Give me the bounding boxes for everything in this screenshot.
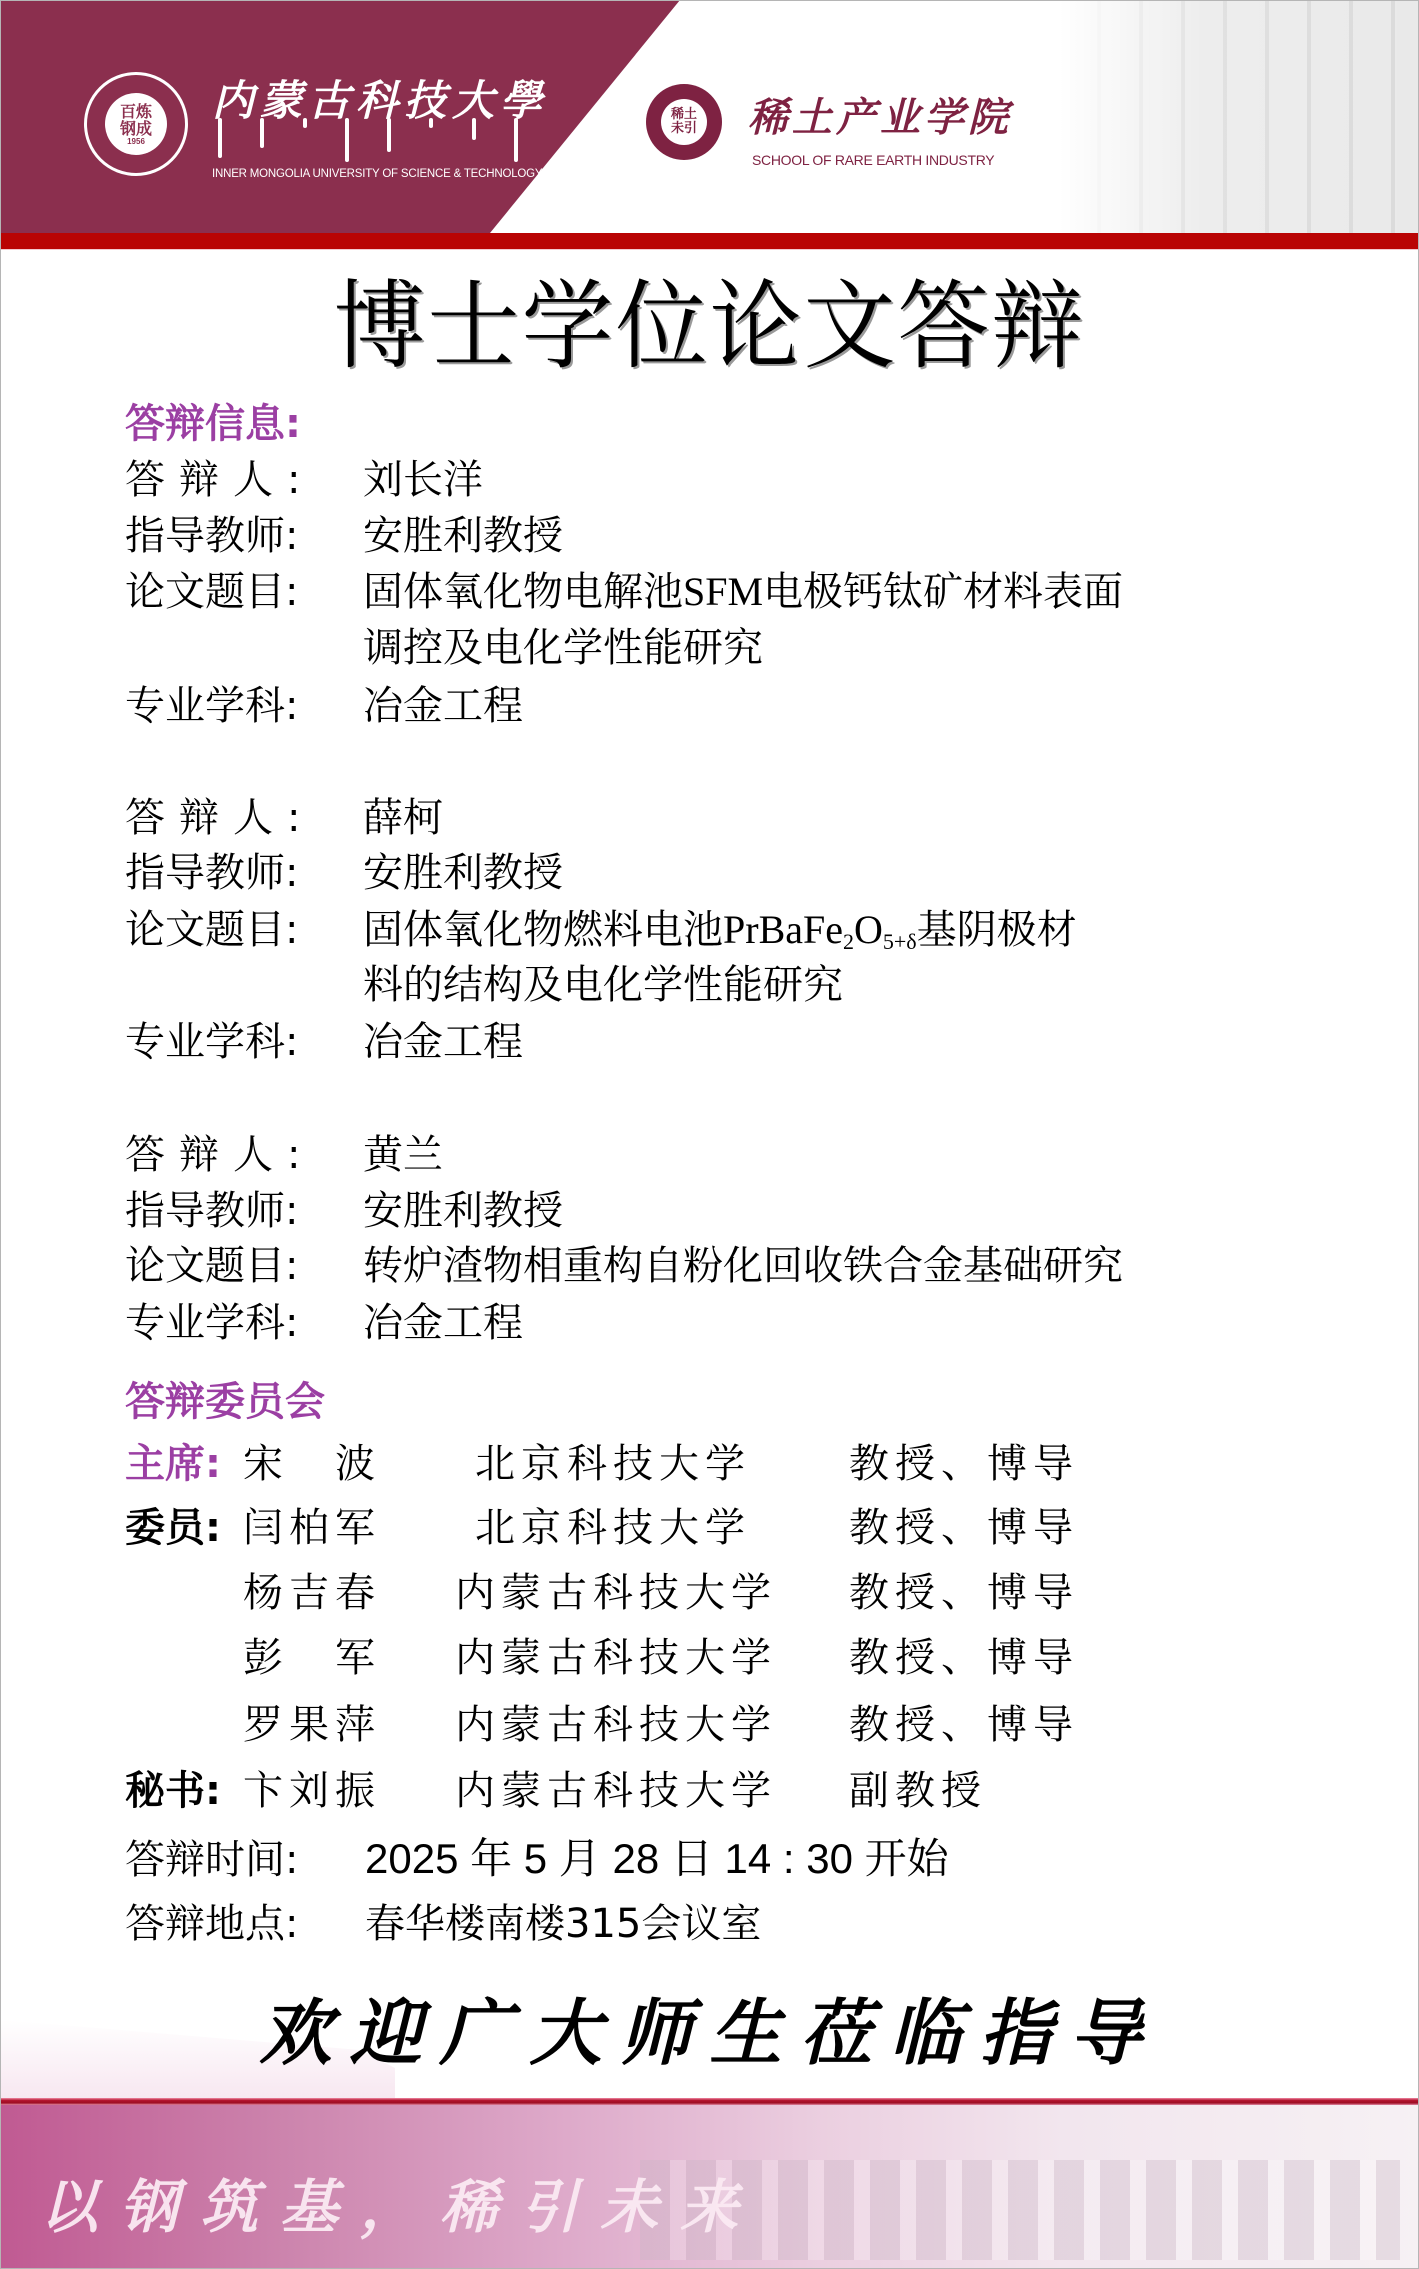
candidate-2-name-line: 答辩人:薛柯	[125, 793, 443, 843]
candidate-3-name-line: 答辩人:黄兰	[125, 1130, 443, 1180]
school-slogan: 以钢筑基，稀引未来	[40, 2172, 760, 2242]
member-name: 闫柏军	[243, 1502, 455, 1554]
member-org: 北京科技大学	[455, 1438, 849, 1490]
candidate-label: 答辩人:	[125, 455, 363, 505]
place-value: 春华楼南楼315会议室	[365, 1901, 761, 1947]
member-name: 卞刘振	[243, 1765, 455, 1817]
thesis-label: 论文题目:	[125, 1241, 363, 1291]
member-name: 宋 波	[243, 1438, 455, 1490]
candidate-1-major-line: 专业学科:冶金工程	[125, 681, 523, 731]
major-label: 专业学科:	[125, 1298, 363, 1348]
major-value: 冶金工程	[363, 1298, 523, 1348]
candidate-2-thesis-line: 论文题目:固体氧化物燃料电池PrBaFe2O5+δ基阴极材	[125, 905, 1077, 967]
member-title: 副教授	[849, 1765, 987, 1817]
candidate-name: 薛柯	[363, 793, 443, 843]
committee-row-secretary: 秘书:卞刘振内蒙古科技大学副教授	[125, 1765, 987, 1817]
major-value: 冶金工程	[363, 681, 523, 731]
committee-role: 主席:	[125, 1438, 243, 1490]
footer-divider-stripe	[0, 2098, 1419, 2105]
member-title: 教授、博导	[849, 1567, 1079, 1619]
candidate-3-thesis-line: 论文题目:转炉渣物相重构自粉化回收铁合金基础研究	[125, 1241, 1123, 1291]
member-org: 内蒙古科技大学	[455, 1632, 849, 1684]
poster-title: 博士学位论文答辩	[0, 269, 1419, 385]
member-title: 教授、博导	[849, 1632, 1079, 1684]
chemical-formula: PrBaFe2O5+δ	[723, 907, 917, 952]
advisor-label: 指导教师:	[125, 848, 363, 898]
school-seal-logo: 稀土未引	[646, 84, 722, 160]
committee-row-member: 罗果萍内蒙古科技大学教授、博导	[125, 1699, 1079, 1751]
major-label: 专业学科:	[125, 681, 363, 731]
defense-place-line: 答辩地点:春华楼南楼315会议室	[125, 1899, 761, 1949]
defense-info-heading: 答辩信息:	[125, 400, 301, 448]
major-label: 专业学科:	[125, 1017, 363, 1067]
candidate-name: 刘长洋	[363, 455, 483, 505]
time-label: 答辩时间:	[125, 1835, 365, 1885]
member-name: 罗果萍	[243, 1699, 455, 1751]
candidate-2-thesis-line-2: 料的结构及电化学性能研究	[125, 960, 843, 1010]
candidate-1-thesis-line: 论文题目:固体氧化物电解池SFM电极钙钛矿材料表面	[125, 567, 1123, 617]
member-name: 彭 军	[243, 1632, 455, 1684]
school-name-en: SCHOOL OF RARE EARTH INDUSTRY	[752, 152, 994, 168]
advisor-name: 安胜利教授	[363, 1186, 563, 1236]
thesis-label: 论文题目:	[125, 567, 363, 617]
candidate-1-thesis-line-2: 调控及电化学性能研究	[125, 623, 763, 673]
school-name-cn: 稀土产业学院	[748, 86, 1012, 143]
thesis-title-part: 固体氧化物电解池SFM电极钙钛矿材料表面	[363, 567, 1123, 617]
member-org: 内蒙古科技大学	[455, 1765, 849, 1817]
committee-row-member: 杨吉春内蒙古科技大学教授、博导	[125, 1567, 1079, 1619]
header-divider-stripe	[0, 233, 1419, 249]
candidate-1-name-line: 答辩人:刘长洋	[125, 455, 483, 505]
place-label: 答辩地点:	[125, 1899, 365, 1949]
advisor-name: 安胜利教授	[363, 848, 563, 898]
time-value: 2025 年 5 月 28 日 14 : 30 开始	[365, 1835, 949, 1882]
defense-time-line: 答辩时间:2025 年 5 月 28 日 14 : 30 开始	[125, 1834, 949, 1885]
thesis-title: 转炉渣物相重构自粉化回收铁合金基础研究	[363, 1241, 1123, 1291]
university-name-en: INNER MONGOLIA UNIVERSITY OF SCIENCE & T…	[212, 168, 542, 180]
committee-row-member: 彭 军内蒙古科技大学教授、博导	[125, 1632, 1079, 1684]
candidate-label: 答辩人:	[125, 793, 363, 843]
member-title: 教授、博导	[849, 1699, 1079, 1751]
candidate-3-advisor-line: 指导教师:安胜利教授	[125, 1186, 563, 1236]
seal-year: 1956	[127, 137, 145, 146]
committee-heading: 答辩委员会	[125, 1378, 325, 1426]
candidate-1-advisor-line: 指导教师:安胜利教授	[125, 511, 563, 561]
member-org: 内蒙古科技大学	[455, 1567, 849, 1619]
committee-role: 委员:	[125, 1502, 243, 1554]
thesis-label: 论文题目:	[125, 905, 363, 955]
campus-photo-faded	[1059, 0, 1419, 233]
thesis-title-continuation: 调控及电化学性能研究	[125, 623, 763, 673]
candidate-2-major-line: 专业学科:冶金工程	[125, 1017, 523, 1067]
candidate-name: 黄兰	[363, 1130, 443, 1180]
advisor-name: 安胜利教授	[363, 511, 563, 561]
member-org: 内蒙古科技大学	[455, 1699, 849, 1751]
advisor-label: 指导教师:	[125, 1186, 363, 1236]
major-value: 冶金工程	[363, 1017, 523, 1067]
member-org: 北京科技大学	[455, 1502, 849, 1554]
committee-row-member: 委员:闫柏军北京科技大学教授、博导	[125, 1502, 1079, 1554]
university-seal-logo: 百炼 钢成 1956	[84, 72, 188, 176]
university-name-mongolian-script	[218, 118, 518, 162]
candidate-label: 答辩人:	[125, 1130, 363, 1180]
thesis-title-continuation: 料的结构及电化学性能研究	[125, 960, 843, 1010]
member-title: 教授、博导	[849, 1502, 1079, 1554]
candidate-2-advisor-line: 指导教师:安胜利教授	[125, 848, 563, 898]
welcome-message: 欢迎广大师生莅临指导	[0, 1990, 1419, 2076]
committee-row-chair: 主席:宋 波北京科技大学教授、博导	[125, 1438, 1079, 1490]
member-title: 教授、博导	[849, 1438, 1079, 1490]
member-name: 杨吉春	[243, 1567, 455, 1619]
poster-header: 百炼 钢成 1956 内蒙古科技大學 INNER MONGOLIA UNIVER…	[0, 0, 1419, 250]
school-seal-text: 稀土未引	[661, 99, 707, 145]
thesis-title-part: 固体氧化物燃料电池PrBaFe2O5+δ基阴极材	[363, 905, 1077, 967]
committee-role: 秘书:	[125, 1765, 243, 1817]
candidate-3-major-line: 专业学科:冶金工程	[125, 1298, 523, 1348]
advisor-label: 指导教师:	[125, 511, 363, 561]
